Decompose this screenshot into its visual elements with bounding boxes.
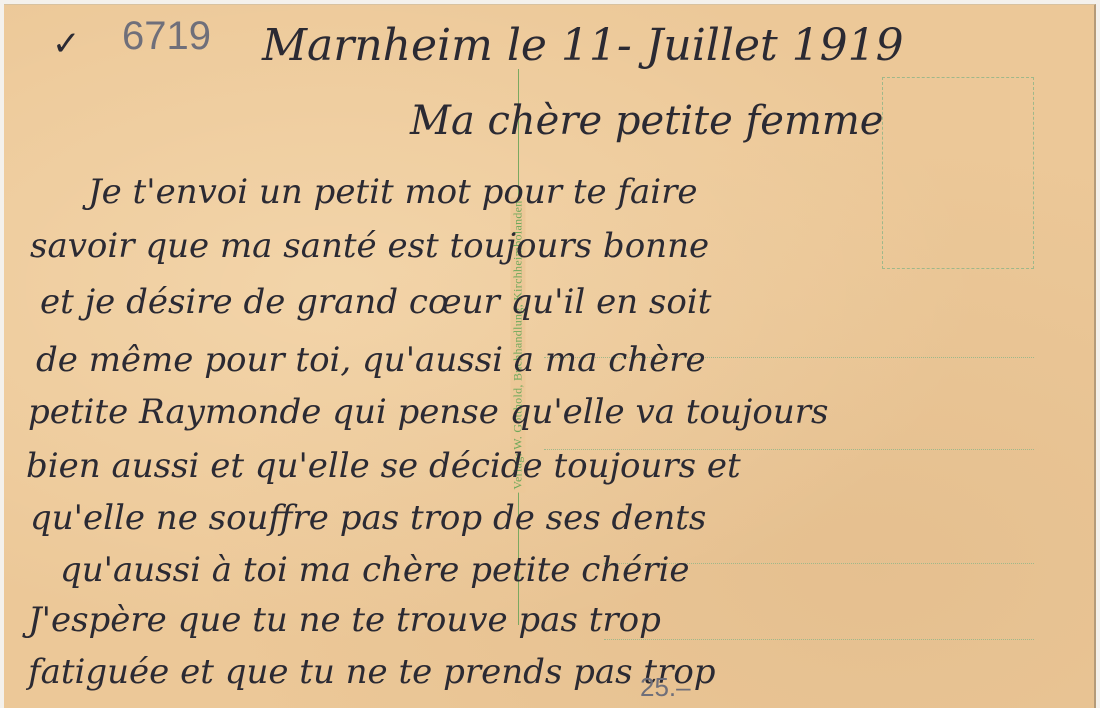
salutation: Ma chère petite femme [410,98,883,144]
message-line: qu'elle ne souffre pas trop de ses dents [30,498,706,538]
message-line: et je désire de grand cœur qu'il en soit [40,282,711,322]
message-line: fatiguée et que tu ne te prends pas trop [28,652,716,692]
price-mark: 25.– [640,672,691,703]
message-line: J'espère que tu ne te trouve pas trop [28,600,661,640]
archive-check-mark: ✓ [52,24,81,64]
message-line: qu'aussi à toi ma chère petite chérie [60,550,690,590]
stamp-box [882,77,1034,269]
message-line: savoir que ma santé est toujours bonne [30,226,709,266]
archive-number: 6719 [122,14,211,59]
message-line: bien aussi et qu'elle se décide toujours… [26,446,741,486]
message-line: de même pour toi, qu'aussi a ma chère [36,340,706,380]
address-line-4 [604,639,1034,640]
place-date: Marnheim le 11- Juillet 1919 [262,20,904,71]
message-line: Je t'envoi un petit mot pour te faire [88,172,698,212]
message-line: petite Raymonde qui pense qu'elle va tou… [28,392,828,432]
